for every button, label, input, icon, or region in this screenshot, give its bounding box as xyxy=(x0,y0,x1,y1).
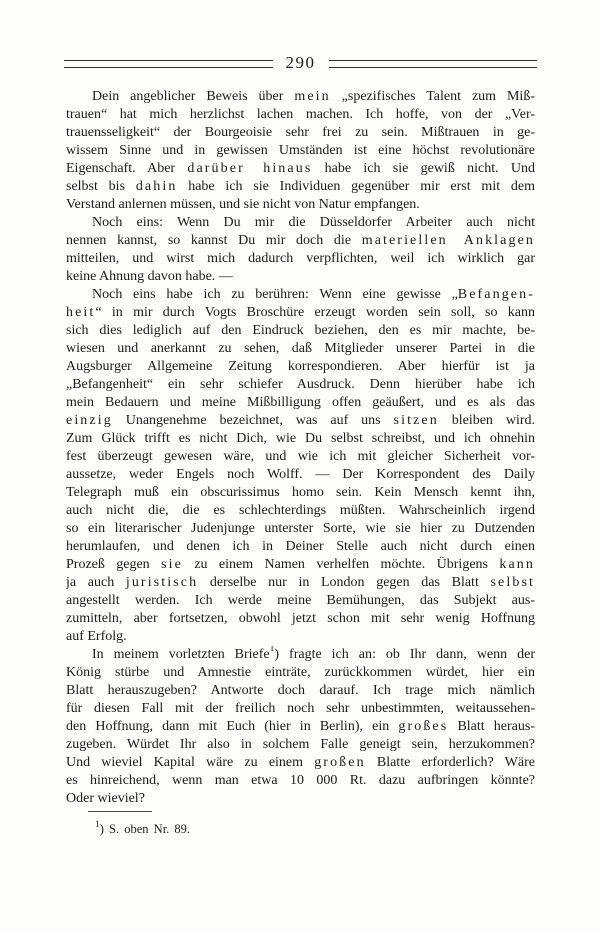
text-line: den Hoffnung, dann mit Euch (hier in Ber… xyxy=(66,718,535,736)
emphasis-gesperrt: großen xyxy=(314,755,365,770)
footnote-ref: 1 xyxy=(95,820,100,830)
text-line: wissem Sinne und in gewissen Umständen i… xyxy=(66,142,535,160)
text-line: Eigenschaft. Aber darüber hinaus habe ic… xyxy=(66,160,535,178)
text-line: nennen kannst, so kannst Du mir doch die… xyxy=(66,232,535,250)
page-number: 290 xyxy=(273,54,329,71)
text-line: für diesen Fall mit der freilich noch se… xyxy=(66,700,535,718)
text-line: mein Bedauern und meine Mißbilligung off… xyxy=(66,394,535,412)
page-container: 290 Dein angeblicher Beweis über mein „s… xyxy=(0,0,600,933)
footnote-text: 1) S. oben Nr. 89. xyxy=(95,821,190,837)
text-line: auch nicht die, die es schlechterdings m… xyxy=(66,502,535,520)
text-line: trauensseligkeit“ der Bourgeoisie sehr f… xyxy=(66,124,535,142)
text-line: König stürbe und Amnestie einträte, zurü… xyxy=(66,664,535,682)
page-body: Dein angeblicher Beweis über mein „spezi… xyxy=(66,88,535,808)
footnote-rule xyxy=(88,811,152,812)
text-line: Prozeß gegen sie zu einem Namen verhelfe… xyxy=(66,556,535,574)
text-line: Oder wieviel? xyxy=(66,790,535,808)
text-line: Telegraph muß ein obscurissimus homo sei… xyxy=(66,484,535,502)
text-line: Dein angeblicher Beweis über mein „spezi… xyxy=(66,88,535,106)
text-line: Noch eins: Wenn Du mir die Düsseldorfer … xyxy=(66,214,535,232)
text-line: Noch eins habe ich zu berühren: Wenn ein… xyxy=(66,286,535,304)
text-line: auf Erfolg. xyxy=(66,628,535,646)
text-line: heit“ in mir durch Vogts Broschüre erzeu… xyxy=(66,304,535,322)
text-line: zumitteln, aber fortsetzen, obwohl jetzt… xyxy=(66,610,535,628)
text-line: Augsburger Allgemeine Zeitung korrespond… xyxy=(66,358,535,376)
text-line: so ein literarischer Judenjunge unterste… xyxy=(66,520,535,538)
text-line: zugeben. Würdet Ihr also in solchem Fall… xyxy=(66,736,535,754)
emphasis-gesperrt: darüber hinaus xyxy=(187,161,312,176)
emphasis-gesperrt: heit xyxy=(66,305,95,320)
emphasis-gesperrt: dahin xyxy=(136,179,178,194)
text-line: „Befangenheit“ ein sehr schiefer Ausdruc… xyxy=(66,376,535,394)
text-line: Verstand anlernen müssen, und sie nicht … xyxy=(66,196,535,214)
text-line: aussetze, weder Engels noch Wolff. — Der… xyxy=(66,466,535,484)
text-line: herumlaufen, und denen ich in Deiner Ste… xyxy=(66,538,535,556)
text-line: Zum Glück trifft es nicht Dich, wie Du s… xyxy=(66,430,535,448)
text-line: sich dies lediglich auf den Eindruck bez… xyxy=(66,322,535,340)
page-header: 290 xyxy=(64,55,537,72)
emphasis-gesperrt: mein xyxy=(294,89,330,104)
emphasis-gesperrt: sitzen xyxy=(394,413,439,428)
text-line: selbst bis dahin habe ich sie Individuen… xyxy=(66,178,535,196)
emphasis-gesperrt: materiellen Anklagen xyxy=(362,233,535,248)
text-line: mitteilen, und wirst mich dadurch verpfl… xyxy=(66,250,535,268)
text-line: trauen“ hat mich herzlichst lachen mache… xyxy=(66,106,535,124)
emphasis-gesperrt: kann xyxy=(499,557,535,572)
emphasis-gesperrt: einzig xyxy=(66,413,113,428)
text-line: keine Ahnung davon habe. — xyxy=(66,268,535,286)
text-line: angestellt werden. Ich werde meine Bemüh… xyxy=(66,592,535,610)
text-line: fest überzeugt gewesen wäre, und wie ich… xyxy=(66,448,535,466)
emphasis-gesperrt: sie xyxy=(161,557,183,572)
emphasis-gesperrt: selbst xyxy=(491,575,536,590)
text-line: wiesen und anerkannt zu sehen, daß Mitgl… xyxy=(66,340,535,358)
text-line: ja auch juristisch derselbe nur in Londo… xyxy=(66,574,535,592)
text-line: einzig Unangenehme bezeichnet, was auf u… xyxy=(66,412,535,430)
header-rule-right xyxy=(329,60,538,68)
text-line: es hinreichend, wenn man etwa 10 000 Rt.… xyxy=(66,772,535,790)
footnote-ref: 1 xyxy=(270,646,275,654)
text-line: In meinem vorletzten Briefe1) fragte ich… xyxy=(66,646,535,664)
text-line: Und wieviel Kapital wäre zu einem großen… xyxy=(66,754,535,772)
emphasis-gesperrt: juristisch xyxy=(126,575,198,590)
emphasis-gesperrt: großes xyxy=(398,719,448,734)
text-line: Blatt herauszugeben? Antworte doch darau… xyxy=(66,682,535,700)
emphasis-gesperrt: Befangen- xyxy=(458,287,535,302)
header-rule-left xyxy=(64,60,273,68)
